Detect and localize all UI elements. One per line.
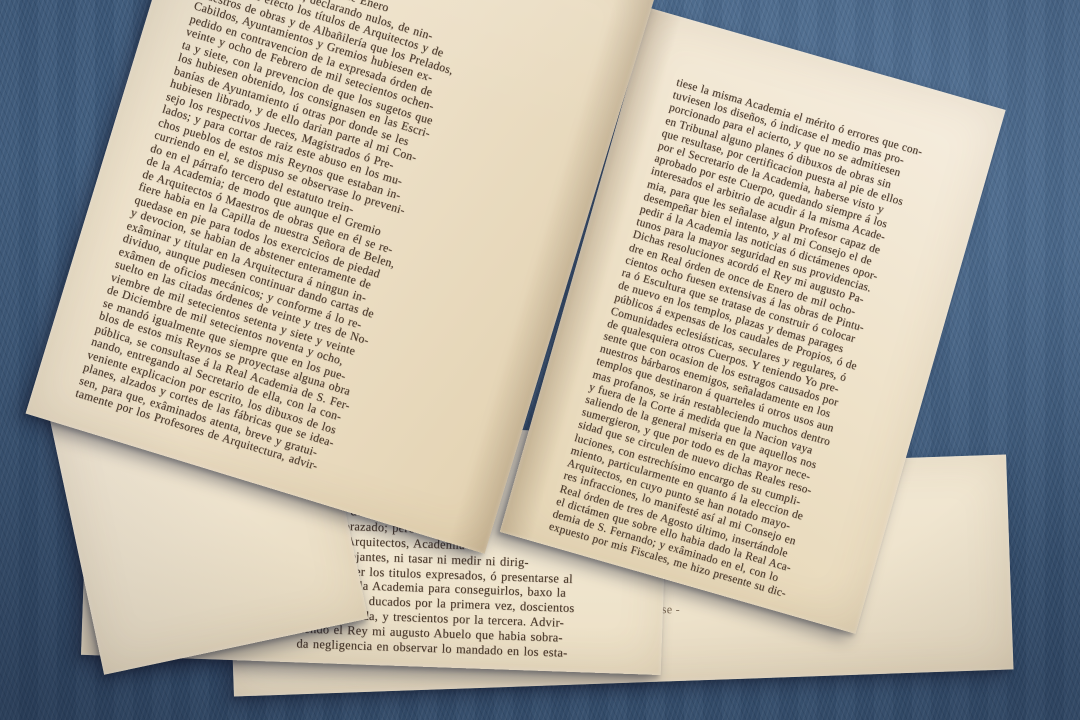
left-page-text: Consejo provision en cinco de Enero mil … [74,0,576,511]
photo-scene: ten- te que os co- dar lugar á que se - … [0,0,1080,720]
